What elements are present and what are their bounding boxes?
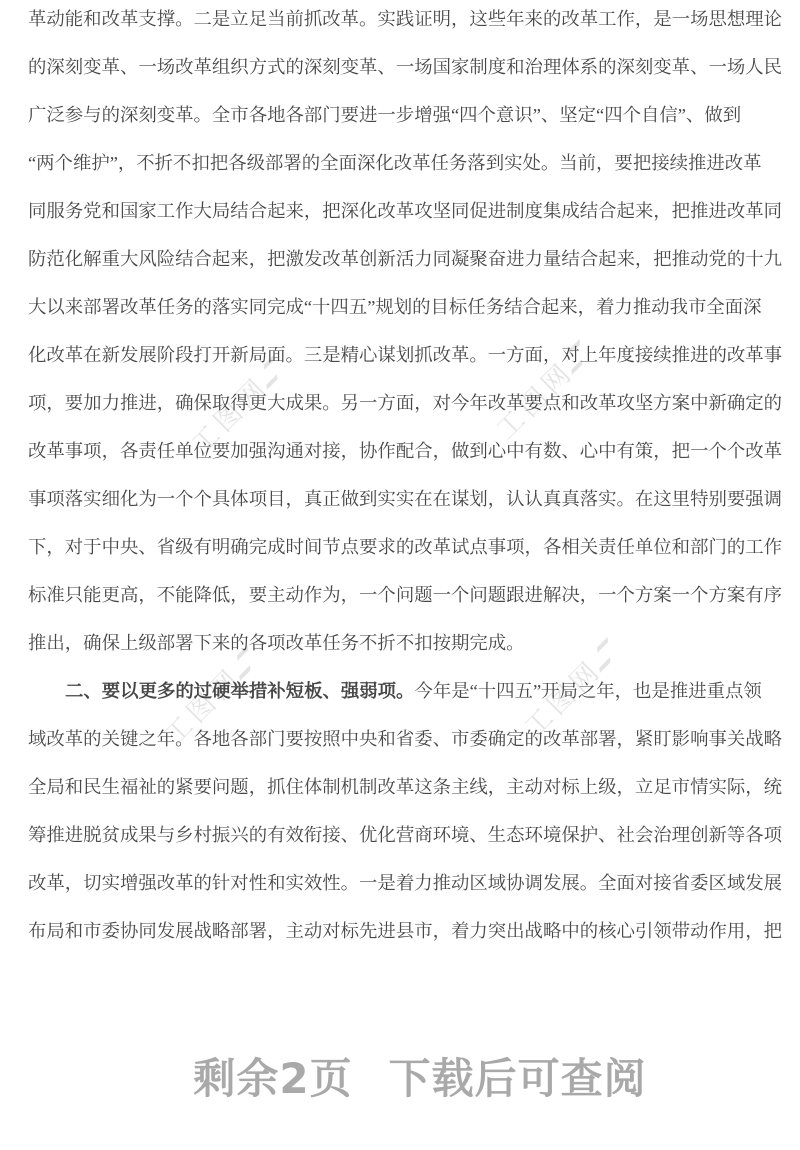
text-line: 改革事项，各责任单位要加强沟通对接，协作配合，做到心中有数、心中有策，把一个个改…	[28, 427, 782, 475]
text-segment: “两个维护”，不折不扣把各级部署的全面深化改革任务落到实处。当前，要把接续推进改…	[28, 153, 762, 173]
text-segment: 布局和市委协同发展战略部署，主动对标先进县市，着力突出战略中的核心引领带动作用，…	[28, 921, 782, 941]
text-line: 全局和民生福祉的紧要问题，抓住体制机制改革这条主线，主动对标上级，立足市情实际，…	[28, 763, 782, 811]
text-line: 域改革的关键之年。各地各部门要按照中央和省委、市委确定的改革部署，紧盯影响事关战…	[28, 715, 782, 763]
text-segment: 化改革在新发展阶段打开新局面。三是精心谋划抓改革。一方面，对上年度接续推进的改革…	[28, 345, 782, 365]
text-line: 事项落实细化为一个个具体项目，真正做到实实在在谋划，认认真真落实。在这里特别要强…	[28, 475, 782, 523]
text-line: 改革，切实增强改革的针对性和实效性。一是着力推动区域协调发展。全面对接省委区域发…	[28, 859, 782, 907]
text-segment: 改革，切实增强改革的针对性和实效性。一是着力推动区域协调发展。全面对接省委区域发…	[28, 873, 782, 893]
text-segment: 筹推进脱贫成果与乡村振兴的有效衔接、优化营商环境、生态环境保护、社会治理创新等各…	[28, 825, 782, 845]
preview-footer: 剩余2页下载后可查阅	[0, 1046, 800, 1106]
download-hint-label: 下载后可查阅	[389, 1054, 647, 1103]
text-line: “两个维护”，不折不扣把各级部署的全面深化改革任务落到实处。当前，要把接续推进改…	[28, 139, 782, 187]
text-segment: 的深刻变革、一场改革组织方式的深刻变革、一场国家制度和治理体系的深刻变革、一场人…	[28, 57, 782, 77]
text-segment: 标准只能更高，不能降低，要主动作为，一个问题一个问题跟进解决，一个方案一个方案有…	[28, 585, 782, 605]
text-line: 防范化解重大风险结合起来，把激发改革创新活力同凝聚奋进力量结合起来，把推动党的十…	[28, 235, 782, 283]
text-line: 项，要加力推进，确保取得更大成果。另一方面，对今年改革要点和改革攻坚方案中新确定…	[28, 379, 782, 427]
bold-text-segment: 二、要以更多的过硬举措补短板、强弱项。	[65, 681, 414, 701]
text-line: 标准只能更高，不能降低，要主动作为，一个问题一个问题跟进解决，一个方案一个方案有…	[28, 571, 782, 619]
text-segment: 项，要加力推进，确保取得更大成果。另一方面，对今年改革要点和改革攻坚方案中新确定…	[28, 393, 782, 413]
text-segment: 革动能和改革支撑。二是立足当前抓改革。实践证明，这些年来的改革工作，是一场思想理…	[28, 9, 782, 29]
text-segment: 今年是“十四五”开局之年，也是推进重点领	[414, 681, 761, 701]
text-segment: 改革事项，各责任单位要加强沟通对接，协作配合，做到心中有数、心中有策，把一个个改…	[28, 441, 782, 461]
text-line: 下，对于中央、省级有明确完成时间节点要求的改革试点事项，各相关责任单位和部门的工…	[28, 523, 782, 571]
text-line: 革动能和改革支撑。二是立足当前抓改革。实践证明，这些年来的改革工作，是一场思想理…	[28, 0, 782, 43]
text-segment: 全局和民生福祉的紧要问题，抓住体制机制改革这条主线，主动对标上级，立足市情实际，…	[28, 777, 782, 797]
text-segment: 大以来部署改革任务的落实同完成“十四五”规划的目标任务结合起来，着力推动我市全面…	[28, 297, 762, 317]
text-segment: 防范化解重大风险结合起来，把激发改革创新活力同凝聚奋进力量结合起来，把推动党的十…	[28, 249, 782, 269]
text-segment: 事项落实细化为一个个具体项目，真正做到实实在在谋划，认认真真落实。在这里特别要强…	[28, 489, 782, 509]
text-line: 同服务党和国家工作大局结合起来，把深化改革攻坚同促进制度集成结合起来，把推进改革…	[28, 187, 782, 235]
text-line: 广泛参与的深刻变革。全市各地各部门要进一步增强“四个意识”、坚定“四个自信”、做…	[28, 91, 782, 139]
text-line: 推出，确保上级部署下来的各项改革任务不折不扣按期完成。	[28, 619, 782, 667]
text-segment: 域改革的关键之年。各地各部门要按照中央和省委、市委确定的改革部署，紧盯影响事关战…	[28, 729, 782, 749]
text-segment: 广泛参与的深刻变革。全市各地各部门要进一步增强“四个意识”、坚定“四个自信”、做…	[28, 105, 741, 125]
text-line: 的深刻变革、一场改革组织方式的深刻变革、一场国家制度和治理体系的深刻变革、一场人…	[28, 43, 782, 91]
document-preview-page: 工图网工图网工图网工图网 革动能和改革支撑。二是立足当前抓改革。实践证明，这些年…	[0, 0, 800, 1150]
text-segment: 下，对于中央、省级有明确完成时间节点要求的改革试点事项，各相关责任单位和部门的工…	[28, 537, 782, 557]
text-line: 筹推进脱贫成果与乡村振兴的有效衔接、优化营商环境、生态环境保护、社会治理创新等各…	[28, 811, 782, 859]
text-line: 布局和市委协同发展战略部署，主动对标先进县市，着力突出战略中的核心引领带动作用，…	[28, 907, 782, 955]
text-line: 二、要以更多的过硬举措补短板、强弱项。今年是“十四五”开局之年，也是推进重点领	[28, 667, 782, 715]
remaining-pages-label: 剩余2页	[193, 1054, 352, 1103]
document-text: 革动能和改革支撑。二是立足当前抓改革。实践证明，这些年来的改革工作，是一场思想理…	[28, 0, 782, 955]
text-line: 大以来部署改革任务的落实同完成“十四五”规划的目标任务结合起来，着力推动我市全面…	[28, 283, 782, 331]
text-line: 化改革在新发展阶段打开新局面。三是精心谋划抓改革。一方面，对上年度接续推进的改革…	[28, 331, 782, 379]
text-segment: 推出，确保上级部署下来的各项改革任务不折不扣按期完成。	[28, 633, 525, 653]
text-segment: 同服务党和国家工作大局结合起来，把深化改革攻坚同促进制度集成结合起来，把推进改革…	[28, 201, 782, 221]
